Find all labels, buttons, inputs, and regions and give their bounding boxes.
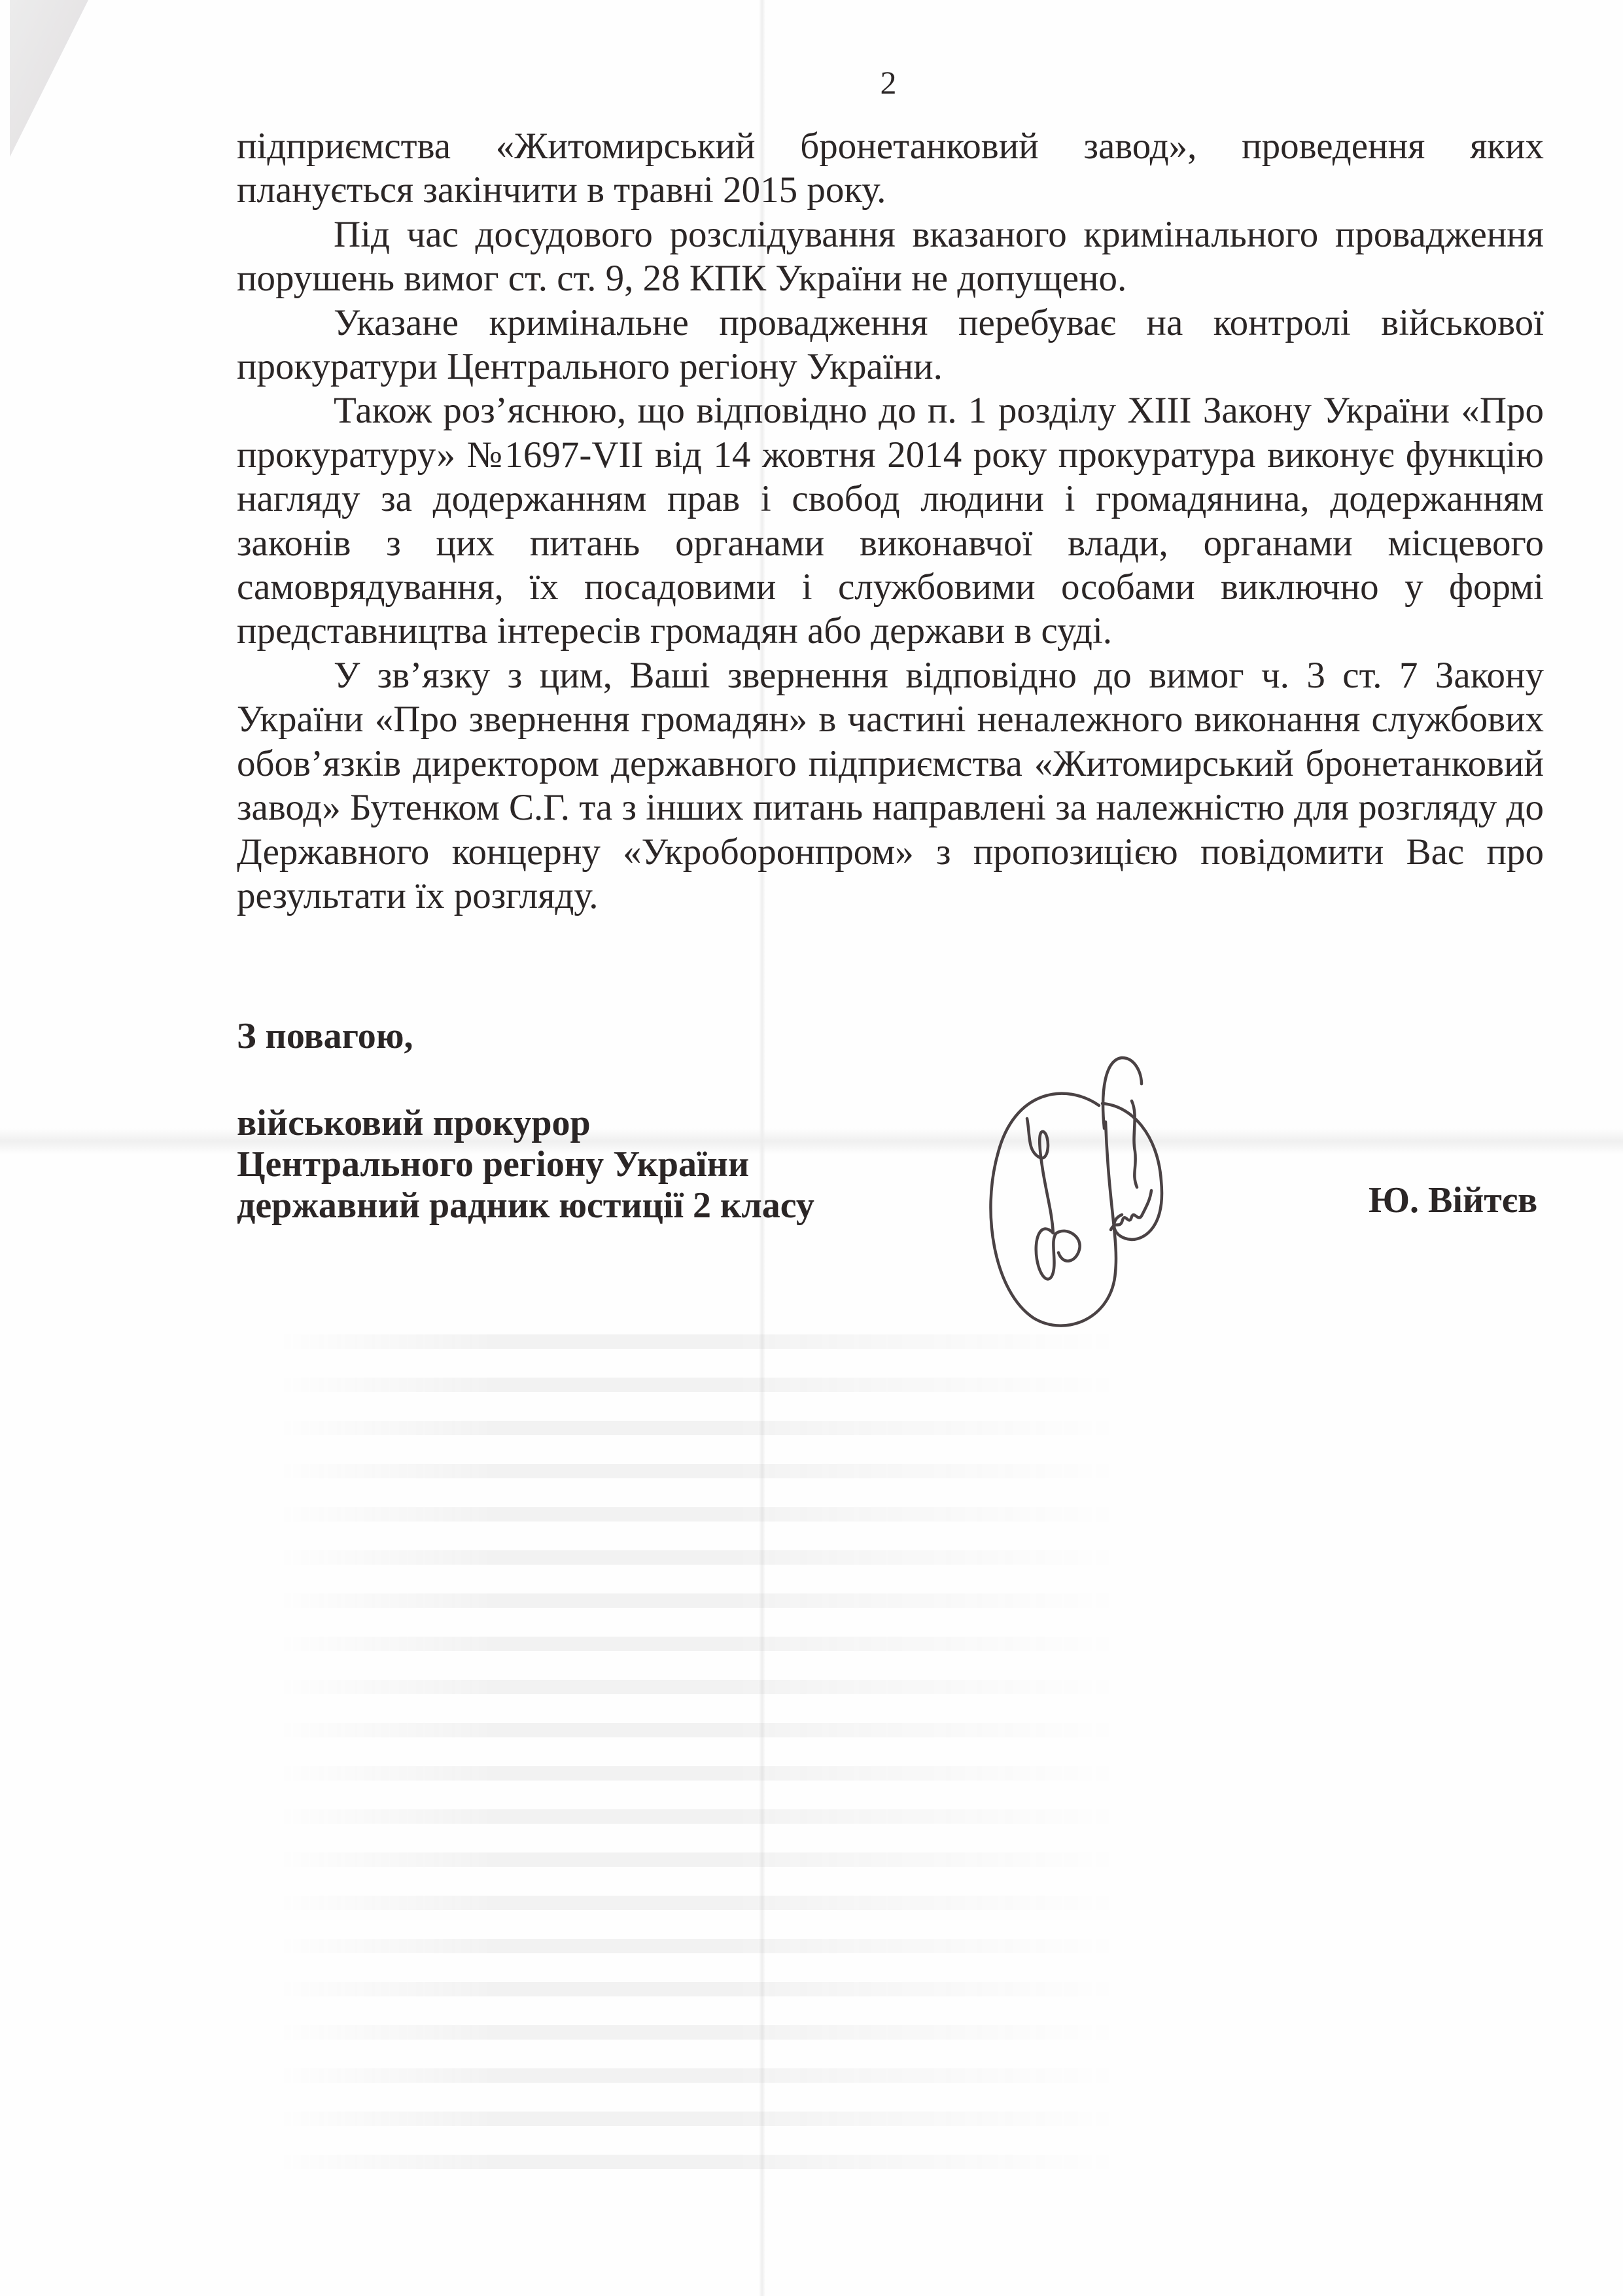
closing-salutation: З повагою,: [237, 1015, 413, 1057]
signer-title-line-1: військовий прокурор: [237, 1103, 814, 1144]
paragraph-explanation: Також роз’яснюю, що відповідно до п. 1 р…: [237, 389, 1544, 653]
letter-body: підприємства «Житомирський бронетанковий…: [237, 124, 1544, 918]
signer-title-block: військовий прокурор Центрального регіону…: [237, 1103, 814, 1226]
signer-title-line-3: державний радник юстиції 2 класу: [237, 1185, 814, 1226]
document-page: 2 підприємства «Житомирський бронетанков…: [0, 0, 1623, 2296]
signer-name: Ю. Війтєв: [1369, 1180, 1537, 1221]
bleed-through-text: [275, 1334, 1125, 2198]
paragraph-control: Указане кримінальне провадження перебува…: [237, 301, 1544, 389]
paragraph-continuation: підприємства «Житомирський бронетанковий…: [237, 124, 1544, 213]
paragraph-referral: У зв’язку з цим, Ваші звернення відповід…: [237, 653, 1544, 918]
page-number: 2: [0, 63, 1623, 102]
handwritten-signature-icon: [975, 1043, 1171, 1331]
signer-title-line-2: Центрального регіону України: [237, 1144, 814, 1185]
paragraph-investigation: Під час досудового розслідування вказано…: [237, 213, 1544, 301]
